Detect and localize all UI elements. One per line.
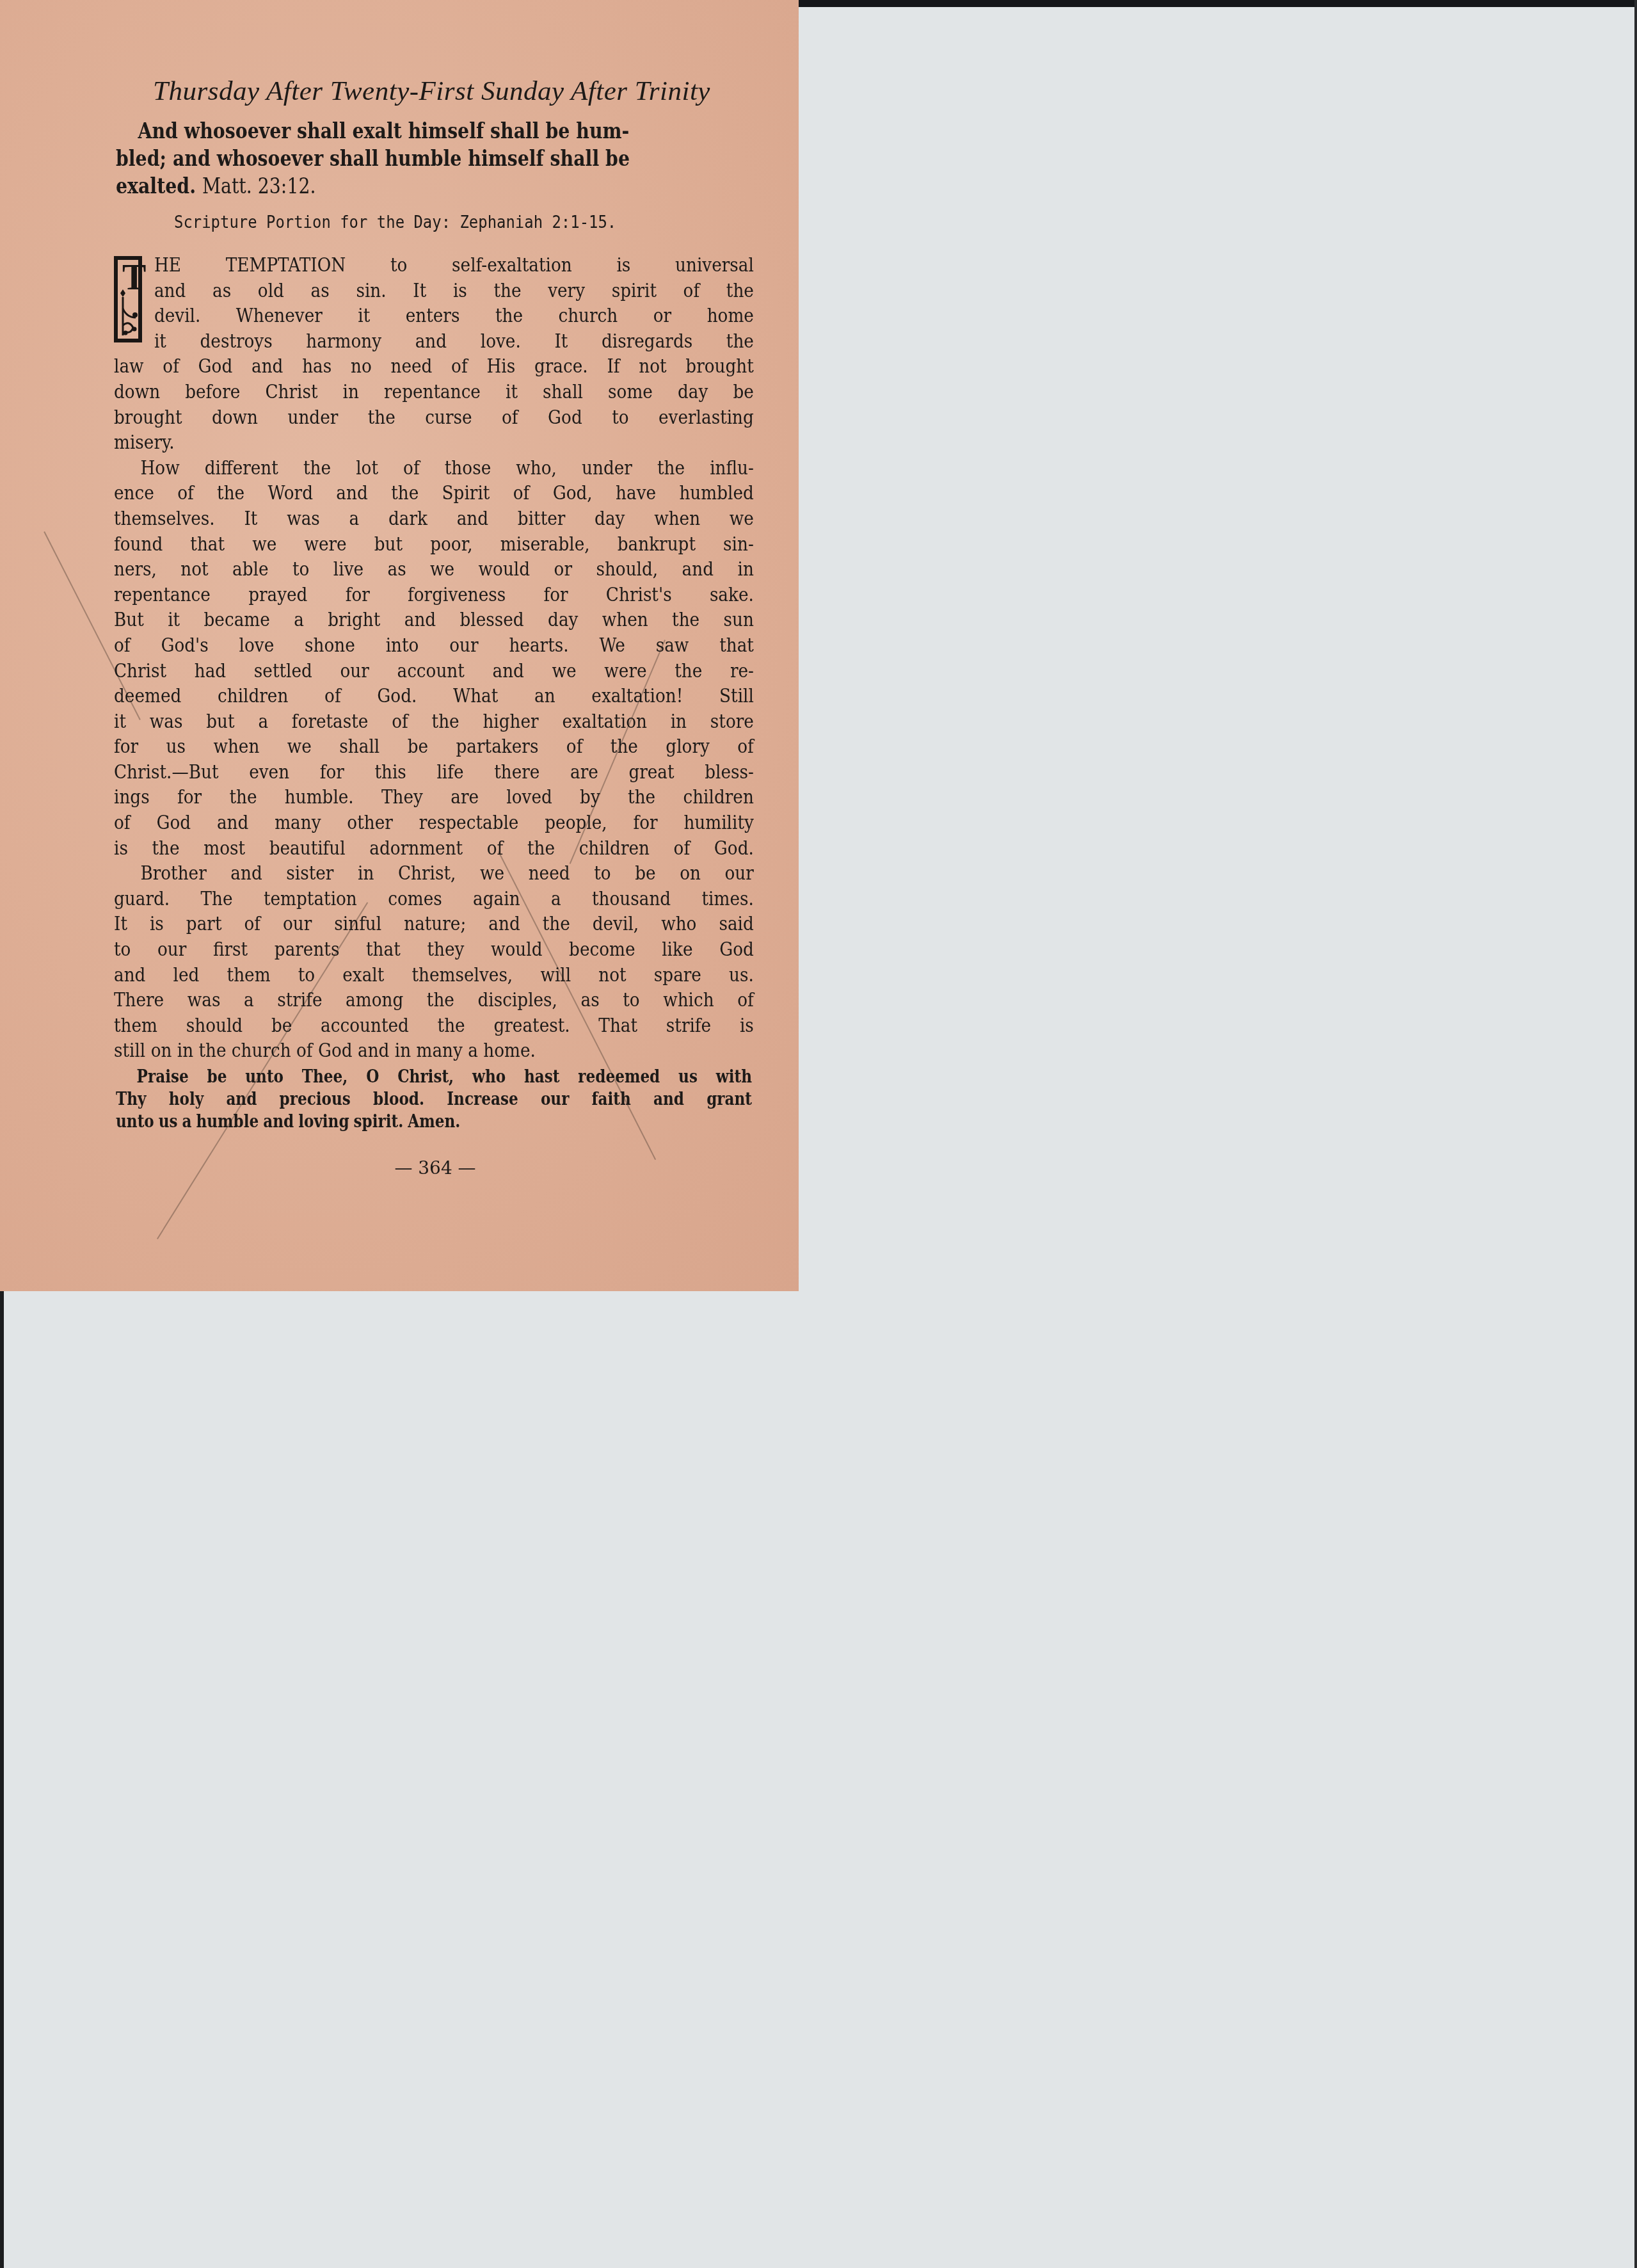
word: love (239, 633, 275, 659)
word: we (552, 659, 577, 684)
word: temptation (264, 887, 357, 912)
word: be (733, 380, 754, 405)
word: that (366, 937, 401, 963)
word: have (616, 481, 656, 506)
word: ners, (114, 557, 157, 583)
word: God. (377, 684, 417, 709)
word: to (612, 405, 628, 431)
word: prayed (248, 583, 307, 608)
word: to (298, 963, 315, 988)
word: are (451, 785, 479, 810)
word: as (311, 278, 330, 304)
paragraph: Howdifferentthelotofthosewho,undertheinf… (114, 456, 754, 862)
word: hast (524, 1066, 560, 1088)
devotional-page-clipping: Thursday After Twenty-First Sunday After… (0, 0, 799, 1291)
word: It (114, 912, 127, 937)
word: were (604, 659, 646, 684)
word: us (159, 1111, 178, 1133)
word: life (436, 760, 463, 785)
word: strife (277, 988, 322, 1013)
word: universal (675, 253, 754, 278)
word: a (349, 506, 360, 532)
word: part (186, 912, 222, 937)
word: sin. (356, 278, 386, 304)
word: If (607, 354, 619, 380)
word: of (513, 481, 530, 506)
word: when (602, 607, 648, 633)
word: greatest. (493, 1013, 570, 1039)
body-line: andledthemtoexaltthemselves,willnotspare… (114, 963, 754, 988)
word: But (114, 607, 144, 633)
word: Spirit (442, 481, 490, 506)
word: is (740, 1013, 754, 1039)
body-line: Butitbecameabrightandblesseddaywhenthesu… (114, 607, 754, 633)
body-line: toourfirstparentsthattheywouldbecomelike… (114, 937, 754, 963)
scripture-verse: And whosoever shall exalt himself shall … (116, 117, 750, 200)
word: into (386, 633, 419, 659)
word: Whenever (236, 303, 323, 329)
word: it (506, 380, 518, 405)
word: the (675, 659, 702, 684)
word: this (374, 760, 406, 785)
body-line: broughtdownunderthecurseofGodtoeverlasti… (114, 405, 754, 431)
word: led (173, 963, 200, 988)
word: need (390, 354, 432, 380)
word: the (217, 481, 244, 506)
word: on (680, 861, 701, 887)
word: is (453, 278, 467, 304)
word: destroys (200, 329, 273, 355)
body-line: themselves.Itwasadarkandbitterdaywhenwe (114, 506, 754, 532)
word: Christ (114, 659, 166, 684)
word: guard. (114, 887, 170, 912)
word: of (451, 354, 468, 380)
word: Praise (137, 1066, 189, 1088)
devotional-body: HETEMPTATIONtoself-exaltationisuniversal… (114, 246, 754, 1064)
word: to (114, 937, 131, 963)
word: and (682, 557, 714, 583)
word: the (368, 405, 395, 431)
body-line: itdestroysharmonyandlove.Itdisregardsthe (114, 329, 754, 355)
body-line: still on in the church of God and in man… (114, 1038, 754, 1064)
word: and (154, 278, 186, 304)
body-line-text: still on in the church of God and in man… (114, 1040, 536, 1062)
word: repentance (384, 380, 481, 405)
verse-line: And whosoever shall exalt himself shall … (116, 117, 750, 145)
prayer-line: untousahumbleandlovingspirit.Amen. (116, 1111, 752, 1133)
word: sinful (334, 912, 381, 937)
word: It (244, 506, 257, 532)
word: not (598, 963, 626, 988)
word: had (195, 659, 226, 684)
word: and (415, 329, 447, 355)
word: the (726, 329, 754, 355)
word: Christ (265, 380, 317, 405)
word: sake. (710, 583, 754, 608)
word: when (654, 506, 700, 532)
word: themselves. (114, 506, 215, 532)
body-line: lawofGodandhasnoneedofHisgrace.Ifnotbrou… (114, 354, 754, 380)
word: disciples, (477, 988, 557, 1013)
word: that (190, 532, 225, 558)
word: we (730, 506, 754, 532)
word: of (674, 836, 691, 862)
word: but (374, 532, 403, 558)
word: the (657, 456, 685, 481)
word: of (244, 912, 260, 937)
word: to (292, 557, 309, 583)
word: in (343, 380, 359, 405)
word: a (182, 1111, 192, 1133)
word: was (150, 709, 183, 735)
verse-line: exalted. Matt. 23:12. (116, 172, 750, 200)
word: and (457, 506, 488, 532)
word: unto (245, 1066, 283, 1088)
word: influ- (710, 456, 754, 481)
word: blessed (460, 607, 524, 633)
word: we (430, 557, 454, 583)
word: the (427, 988, 454, 1013)
word: and (114, 963, 145, 988)
word: Word (268, 481, 312, 506)
word: Christ, (398, 861, 456, 887)
word: there (494, 760, 539, 785)
word: redeemed (578, 1066, 660, 1088)
word: TEMPTATION (226, 253, 346, 278)
word: and (217, 810, 248, 836)
word: That (598, 1013, 637, 1039)
word: and (263, 1111, 294, 1133)
word: humility (683, 810, 753, 836)
word: as (387, 557, 406, 583)
word: other (347, 810, 392, 836)
word: devil. (154, 303, 200, 329)
word: day (595, 506, 625, 532)
word: bitter (518, 506, 565, 532)
word: are (570, 760, 598, 785)
word: home (707, 303, 754, 329)
word: respectable (419, 810, 519, 836)
word: which (663, 988, 714, 1013)
word: has (302, 354, 331, 380)
word: comes (388, 887, 442, 912)
body-line: Itispartofoursinfulnature;andthedevil,wh… (114, 912, 754, 937)
word: for (320, 760, 344, 785)
word: Christ, (397, 1066, 454, 1088)
word: It (413, 278, 426, 304)
word: our (340, 659, 369, 684)
body-line: foruswhenweshallbepartakersofthegloryof (114, 734, 754, 760)
body-line: guard.Thetemptationcomesagainathousandti… (114, 887, 754, 912)
word: the (229, 785, 257, 810)
word: God (198, 354, 233, 380)
word: who, (516, 456, 557, 481)
word: live (333, 557, 363, 583)
word: be (408, 734, 428, 760)
verse-line-text: exalted. (116, 173, 196, 198)
page-number: — 364 — (358, 1157, 512, 1178)
word: love. (481, 329, 521, 355)
word: people, (545, 810, 607, 836)
verse-reference: Matt. 23:12. (202, 173, 316, 198)
body-line: itwasbutaforetasteofthehigherexaltationi… (114, 709, 754, 735)
word: the (628, 785, 655, 810)
word: an (534, 684, 555, 709)
word: ence (114, 481, 154, 506)
verse-line-text: bled; and whosoever shall humble himself… (116, 146, 630, 171)
word: How (140, 456, 179, 481)
body-line: andasoldassin.Itistheveryspiritofthe (114, 278, 754, 304)
word: need (529, 861, 570, 887)
body-line: deemedchildrenofGod.Whatanexaltation!Sti… (114, 684, 754, 709)
word: thousand (592, 887, 671, 912)
word: partakers (456, 734, 539, 760)
word: down (114, 380, 160, 405)
body-line: enceoftheWordandtheSpiritofGod,havehumbl… (114, 481, 754, 506)
word: and (230, 861, 262, 887)
word: among (346, 988, 403, 1013)
word: that (719, 633, 754, 659)
body-line: ofGod'sloveshoneintoourhearts.Wesawthat (114, 633, 754, 659)
word: not (180, 557, 208, 583)
word: of (163, 354, 179, 380)
word: God (548, 405, 582, 431)
word: those (445, 456, 491, 481)
word: Thee, (302, 1066, 348, 1088)
word: grant (707, 1088, 752, 1111)
word: very (548, 278, 585, 304)
word: loving (298, 1111, 349, 1133)
word: the (611, 734, 638, 760)
word: become (569, 937, 635, 963)
word: Thy (116, 1088, 146, 1111)
word: to (390, 253, 407, 278)
word: the (438, 1013, 465, 1039)
word: and (226, 1088, 257, 1111)
word: would (479, 557, 531, 583)
word: in (737, 557, 753, 583)
word: the (432, 709, 459, 735)
word: lot (356, 456, 378, 481)
word: They (381, 785, 423, 810)
word: the (152, 836, 180, 862)
word: before (185, 380, 240, 405)
word: should (186, 1013, 243, 1039)
word: of (403, 456, 420, 481)
word: holy (169, 1088, 204, 1111)
word: and (653, 1088, 684, 1111)
word: What (453, 684, 498, 709)
word: we (480, 861, 504, 887)
word: of (114, 810, 131, 836)
word: in (671, 709, 687, 735)
word: and (336, 481, 367, 506)
word: His (486, 354, 515, 380)
word: for (543, 583, 568, 608)
word: children (683, 785, 753, 810)
word: with (716, 1066, 752, 1088)
word: became (204, 607, 270, 633)
word: grace. (534, 354, 588, 380)
word: forgiveness (408, 583, 506, 608)
word: them (227, 963, 271, 988)
word: miserable, (500, 532, 590, 558)
word: we (287, 734, 312, 760)
word: to (623, 988, 639, 1013)
scanner-left-border (0, 1291, 4, 2268)
word: loved (506, 785, 552, 810)
word: themselves, (412, 963, 513, 988)
word: was (287, 506, 320, 532)
word: it (114, 709, 126, 735)
word: account (397, 659, 464, 684)
body-line: downbeforeChristinrepentanceitshallsomed… (114, 380, 754, 405)
word: our (541, 1088, 569, 1111)
word: unto (116, 1111, 154, 1133)
word: again (473, 887, 520, 912)
word: to (594, 861, 611, 887)
word: old (258, 278, 284, 304)
word: our (157, 937, 186, 963)
word: harmony (306, 329, 381, 355)
word: will (540, 963, 571, 988)
word: is (150, 912, 164, 937)
word: some (608, 380, 653, 405)
body-line: ners,notabletoliveaswewouldorshould,andi… (114, 557, 754, 583)
word: blood. (373, 1088, 424, 1111)
word: parents (275, 937, 340, 963)
word: for (633, 810, 657, 836)
word: O (366, 1066, 379, 1088)
word: re- (730, 659, 754, 684)
word: glory (666, 734, 709, 760)
scripture-portion: Scripture Portion for the Day: Zephaniah… (174, 213, 645, 232)
word: them (114, 1013, 157, 1039)
word: of (683, 278, 700, 304)
word: brought (114, 405, 182, 431)
verse-line-text: And whosoever shall exalt himself shall … (116, 117, 629, 145)
word: of (502, 405, 518, 431)
word: exaltation! (591, 684, 683, 709)
word: shall (543, 380, 583, 405)
word: day (678, 380, 708, 405)
word: God (719, 937, 754, 963)
word: no (351, 354, 372, 380)
word: foretaste (292, 709, 369, 735)
word: of (487, 836, 504, 862)
word: sun (724, 607, 754, 633)
word: Christ.—But (114, 760, 219, 785)
body-line: ingsforthehumble.Theyarelovedbythechildr… (114, 785, 754, 810)
word: the (303, 456, 331, 481)
word: who (472, 1066, 506, 1088)
word: should, (596, 557, 658, 583)
word: be (207, 1066, 227, 1088)
word: humble (196, 1111, 259, 1133)
word: great (628, 760, 674, 785)
word: able (232, 557, 268, 583)
word: of (324, 684, 341, 709)
word: sin- (723, 532, 754, 558)
body-line: Therewasastrifeamongthedisciples,astowhi… (114, 988, 754, 1013)
body-line: devil.Wheneveritentersthechurchorhome (114, 303, 754, 329)
word: disregards (602, 329, 692, 355)
word: most (204, 836, 245, 862)
word: as (581, 988, 600, 1013)
body-line: Christ.—Butevenforthislifetherearegreatb… (114, 760, 754, 785)
word: the (495, 303, 523, 329)
verse-line: bled; and whosoever shall humble himself… (116, 145, 750, 172)
word: God (156, 810, 191, 836)
word: of (566, 734, 583, 760)
word: the (493, 278, 521, 304)
word: when (213, 734, 259, 760)
word: Amen. (408, 1111, 460, 1133)
word: the (543, 912, 570, 937)
word: accounted (321, 1013, 409, 1039)
word: devil, (593, 912, 639, 937)
paragraph: BrotherandsisterinChrist,weneedtobeonour… (114, 861, 754, 1064)
word: is (616, 253, 630, 278)
word: was (188, 988, 221, 1013)
word: ings (114, 785, 150, 810)
word: in (358, 861, 374, 887)
word: found (114, 532, 163, 558)
word: us (678, 1066, 698, 1088)
word: it (358, 303, 370, 329)
word: strife (666, 1013, 711, 1039)
word: even (249, 760, 289, 785)
body-line: themshouldbeaccountedthegreatest.Thatstr… (114, 1013, 754, 1039)
word: Still (719, 684, 754, 709)
word: like (662, 937, 692, 963)
word: of (392, 709, 408, 735)
body-line: misery. (114, 430, 754, 456)
word: bankrupt (618, 532, 696, 558)
word: us (166, 734, 186, 760)
word: the (391, 481, 419, 506)
word: repentance (114, 583, 211, 608)
word: or (653, 303, 671, 329)
word: by (580, 785, 600, 810)
word: children (579, 836, 650, 862)
word: bright (328, 607, 380, 633)
closing-prayer: PraisebeuntoThee,OChrist,whohastredeemed… (116, 1066, 752, 1133)
word: our (283, 912, 312, 937)
word: for (114, 734, 138, 760)
word: many (275, 810, 321, 836)
word: poor, (430, 532, 473, 558)
word: curse (425, 405, 472, 431)
body-line: HETEMPTATIONtoself-exaltationisuniversal (114, 253, 754, 278)
word: a (551, 887, 561, 912)
word: first (213, 937, 248, 963)
word: or (554, 557, 572, 583)
word: enters (406, 303, 460, 329)
word: everlasting (659, 405, 754, 431)
word: There (114, 988, 164, 1013)
word: they (427, 937, 464, 963)
body-line: ofGodandmanyotherrespectablepeople,forhu… (114, 810, 754, 836)
word: day (548, 607, 578, 633)
word: for (177, 785, 202, 810)
word: higher (483, 709, 538, 735)
word: spirit. (354, 1111, 404, 1133)
word: for (346, 583, 370, 608)
word: HE (154, 253, 181, 278)
word: said (719, 912, 753, 937)
word: nature; (404, 912, 466, 937)
